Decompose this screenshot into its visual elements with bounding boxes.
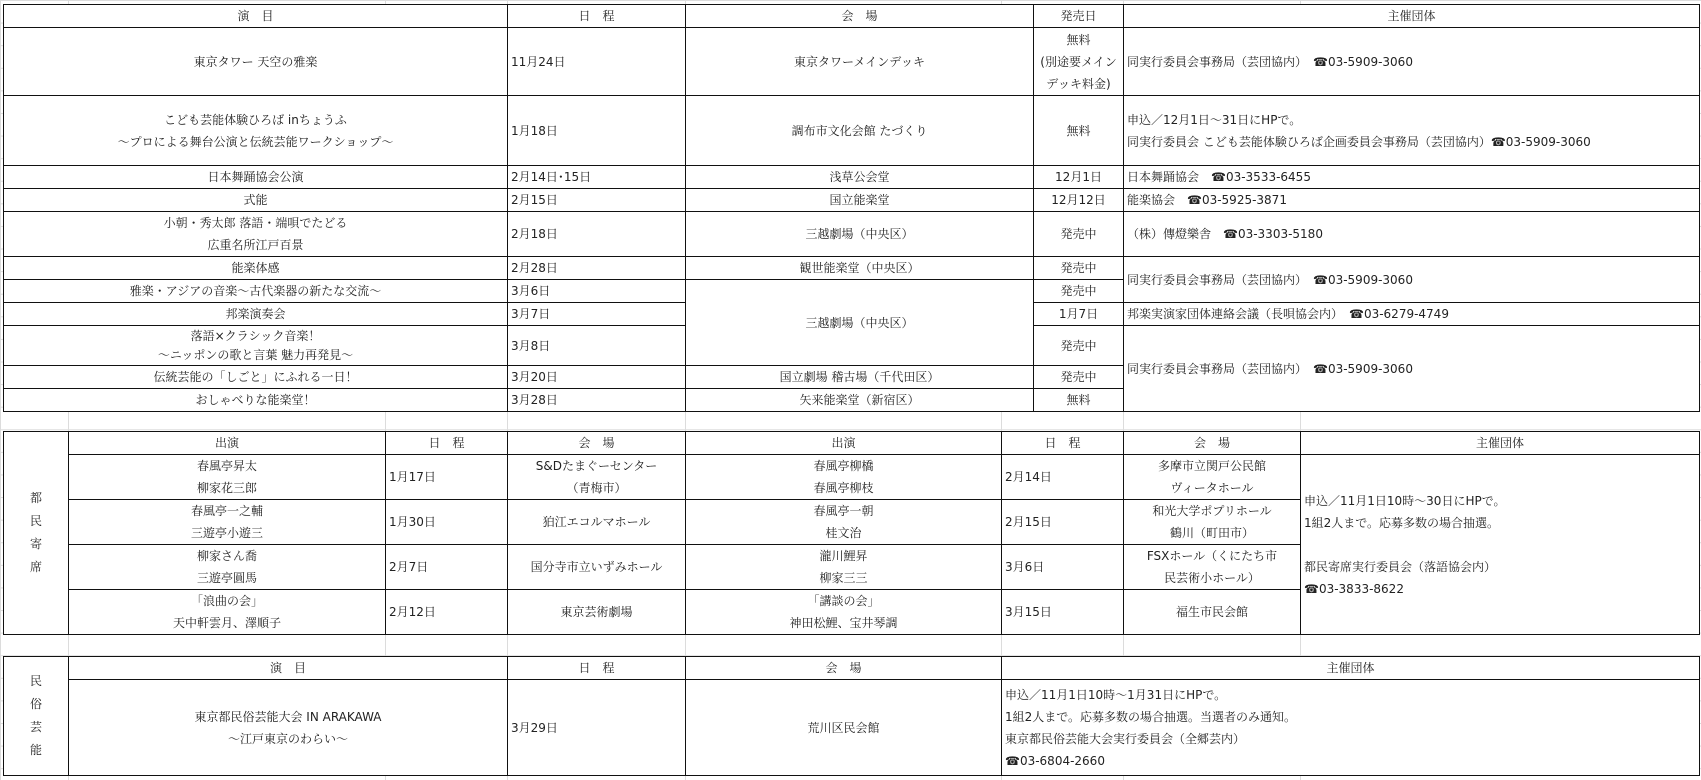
header-date: 日 程 [386,432,508,455]
header-date: 日 程 [508,5,686,28]
sale-cell: 発売中 [1034,212,1124,257]
venue-cell: 国立劇場 稽古場（千代田区） [686,366,1034,389]
table-header-row: 演 目 日 程 会 場 発売日 主催団体 [4,5,1700,28]
table-row: 小朝・秀太郎 落語・端唄でたどる広重名所江戸百景 2月18日 三越劇場（中央区）… [4,212,1700,257]
sale-cell: 12月1日 [1034,166,1124,189]
sale-cell: 12月12日 [1034,189,1124,212]
organizer-cell: 同実行委員会事務局（芸団協内） ☎03-5909-3060 [1124,257,1700,303]
date-cell: 3月7日 [508,303,686,326]
header-performers: 出演 [686,432,1002,455]
organizer-cell: 同実行委員会事務局（芸団協内） ☎03-5909-3060 [1124,326,1700,412]
program-cell: 東京都民俗芸能大会 IN ARAKAWA～江戸東京のわらい～ [69,680,508,776]
header-organizer: 主催団体 [1002,657,1700,680]
organizer-cell: 申込／11月1日10時～30日にHPで。 1組2人まで。応募多数の場合抽選。 都… [1301,455,1700,635]
organizer-cell: 日本舞踊協会 ☎03-3533-6455 [1124,166,1700,189]
header-program: 演 目 [4,5,508,28]
program-cell: 小朝・秀太郎 落語・端唄でたどる広重名所江戸百景 [4,212,508,257]
header-venue: 会 場 [1124,432,1301,455]
venue-cell: 国分寺市立いずみホール [508,545,686,590]
date-cell: 2月14日 [1002,455,1124,500]
program-cell: 日本舞踊協会公演 [4,166,508,189]
date-cell: 2月18日 [508,212,686,257]
venue-cell: 調布市文化会館 たづくり [686,96,1034,166]
sale-cell: 無料 [1034,96,1124,166]
organizer-cell: 申込／12月1日～31日にHPで。同実行委員会 こども芸能体験ひろば企画委員会事… [1124,96,1700,166]
minzoku-geino-table: 民俗芸能 演 目 日 程 会 場 主催団体 東京都民俗芸能大会 IN ARAKA… [3,656,1700,776]
venue-cell: S&Dたまぐーセンター（青梅市） [508,455,686,500]
venue-cell: 矢来能楽堂（新宿区） [686,389,1034,412]
venue-cell: 多摩市立関戸公民館ヴィータホール [1124,455,1301,500]
sale-cell: 無料(別途要メインデッキ料金) [1034,28,1124,96]
sale-cell: 無料 [1034,389,1124,412]
date-cell: 3月29日 [508,680,686,776]
venue-cell: 国立能楽堂 [686,189,1034,212]
section-label-minzoku-geino: 民俗芸能 [4,657,69,776]
date-cell: 11月24日 [508,28,686,96]
sale-cell: 発売中 [1034,257,1124,280]
venue-cell: 三越劇場（中央区） [686,280,1034,366]
program-cell: 式能 [4,189,508,212]
date-cell: 2月28日 [508,257,686,280]
header-organizer: 主催団体 [1124,5,1700,28]
table-row: 東京都民俗芸能大会 IN ARAKAWA～江戸東京のわらい～ 3月29日 荒川区… [4,680,1700,776]
performers-cell: 「講談の会」神田松鯉、宝井琴調 [686,590,1002,635]
table-row: 春風亭昇太柳家花三郎 1月17日 S&Dたまぐーセンター（青梅市） 春風亭柳橋春… [4,455,1700,500]
header-organizer: 主催団体 [1301,432,1700,455]
date-cell: 1月18日 [508,96,686,166]
date-cell: 3月8日 [508,326,686,366]
performers-cell: 「浪曲の会」天中軒雲月、澤順子 [69,590,386,635]
performers-cell: 春風亭昇太柳家花三郎 [69,455,386,500]
venue-cell: 和光大学ポプリホール鶴川（町田市） [1124,500,1301,545]
date-cell: 3月6日 [1002,545,1124,590]
sale-cell: 発売中 [1034,326,1124,366]
program-cell: 雅楽・アジアの音楽～古代楽器の新たな交流～ [4,280,508,303]
program-cell: 伝統芸能の「しごと」にふれる一日！ [4,366,508,389]
date-cell: 3月20日 [508,366,686,389]
program-cell: 落語×クラシック音楽！～ニッポンの歌と言葉 魅力再発見～ [4,326,508,366]
date-cell: 3月6日 [508,280,686,303]
date-cell: 2月15日 [508,189,686,212]
header-date: 日 程 [508,657,686,680]
performers-cell: 瀧川鯉昇柳家三三 [686,545,1002,590]
date-cell: 2月7日 [386,545,508,590]
organizer-cell: （株）傳燈樂舎 ☎03-3303-5180 [1124,212,1700,257]
date-cell: 2月12日 [386,590,508,635]
program-cell: こども芸能体験ひろば inちょうふ～プロによる舞台公演と伝統芸能ワークショップ～ [4,96,508,166]
program-cell: 能楽体感 [4,257,508,280]
venue-cell: 狛江エコルマホール [508,500,686,545]
table-row: 東京タワー 天空の雅楽 11月24日 東京タワーメインデッキ 無料(別途要メイン… [4,28,1700,96]
date-cell: 1月17日 [386,455,508,500]
venue-cell: 観世能楽堂（中央区） [686,257,1034,280]
sale-cell: 発売中 [1034,280,1124,303]
date-cell: 2月14日･15日 [508,166,686,189]
venue-cell: 東京芸術劇場 [508,590,686,635]
table-row: 式能 2月15日 国立能楽堂 12月12日 能楽協会 ☎03-5925-3871 [4,189,1700,212]
tomin-yose-table: 都民寄席 出演 日 程 会 場 出演 日 程 会 場 主催団体 春風亭昇太柳家花… [3,431,1700,635]
events-table: 演 目 日 程 会 場 発売日 主催団体 東京タワー 天空の雅楽 11月24日 … [3,4,1700,412]
performers-cell: 春風亭柳橋春風亭柳枝 [686,455,1002,500]
performers-cell: 春風亭一之輔三遊亭小遊三 [69,500,386,545]
header-venue: 会 場 [508,432,686,455]
header-date: 日 程 [1002,432,1124,455]
table-header-row: 都民寄席 出演 日 程 会 場 出演 日 程 会 場 主催団体 [4,432,1700,455]
date-cell: 1月30日 [386,500,508,545]
venue-cell: 東京タワーメインデッキ [686,28,1034,96]
sale-cell: 1月7日 [1034,303,1124,326]
program-cell: 東京タワー 天空の雅楽 [4,28,508,96]
organizer-cell: 同実行委員会事務局（芸団協内） ☎03-5909-3060 [1124,28,1700,96]
program-cell: 邦楽演奏会 [4,303,508,326]
table-row: こども芸能体験ひろば inちょうふ～プロによる舞台公演と伝統芸能ワークショップ～… [4,96,1700,166]
table-row: 日本舞踊協会公演 2月14日･15日 浅草公会堂 12月1日 日本舞踊協会 ☎0… [4,166,1700,189]
organizer-cell: 申込／11月1日10時～1月31日にHPで。 1組2人まで。応募多数の場合抽選。… [1002,680,1700,776]
venue-cell: 荒川区民会館 [686,680,1002,776]
date-cell: 3月28日 [508,389,686,412]
program-cell: おしゃべりな能楽堂！ [4,389,508,412]
venue-cell: 浅草公会堂 [686,166,1034,189]
header-venue: 会 場 [686,5,1034,28]
venue-cell: 福生市民会館 [1124,590,1301,635]
date-cell: 3月15日 [1002,590,1124,635]
header-program: 演 目 [69,657,508,680]
header-sale-date: 発売日 [1034,5,1124,28]
performers-cell: 柳家さん喬三遊亭圓馬 [69,545,386,590]
performers-cell: 春風亭一朝桂文治 [686,500,1002,545]
section-label-tomin-yose: 都民寄席 [4,432,69,635]
venue-cell: 三越劇場（中央区） [686,212,1034,257]
table-header-row: 民俗芸能 演 目 日 程 会 場 主催団体 [4,657,1700,680]
organizer-cell: 邦楽実演家団体連絡会議（長唄協会内） ☎03-6279-4749 [1124,303,1700,326]
sale-cell: 発売中 [1034,366,1124,389]
date-cell: 2月15日 [1002,500,1124,545]
table-row: 能楽体感 2月28日 観世能楽堂（中央区） 発売中 同実行委員会事務局（芸団協内… [4,257,1700,280]
header-venue: 会 場 [686,657,1002,680]
venue-cell: FSXホール（くにたち市民芸術小ホール） [1124,545,1301,590]
header-performers: 出演 [69,432,386,455]
organizer-cell: 能楽協会 ☎03-5925-3871 [1124,189,1700,212]
